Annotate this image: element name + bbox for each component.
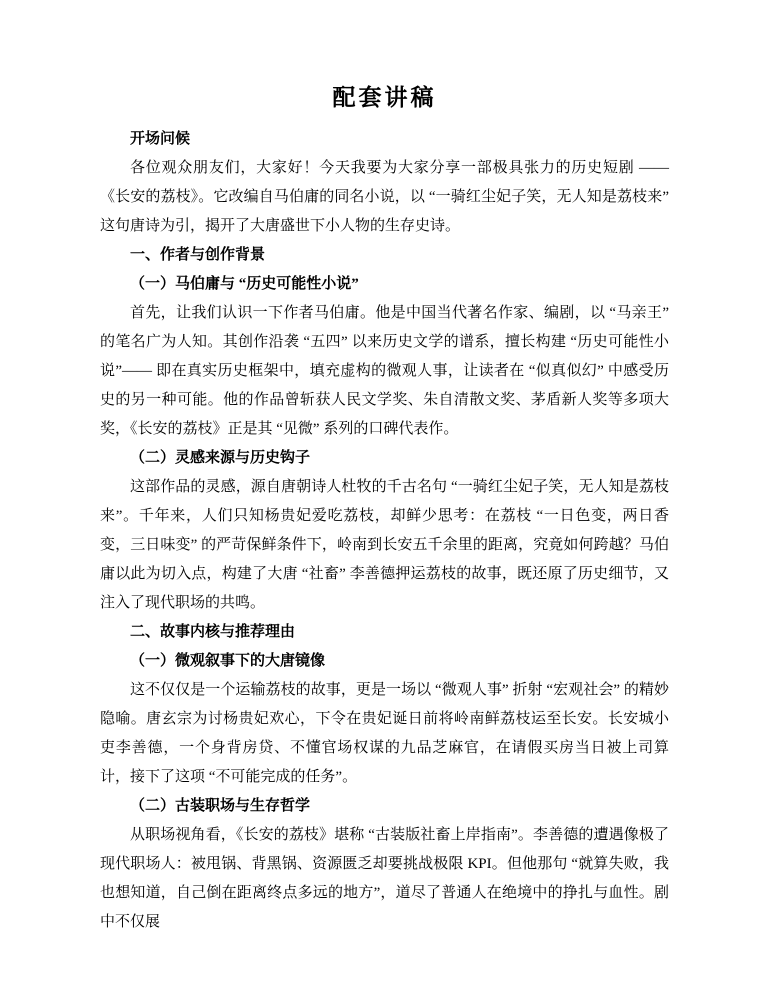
heading-section-2: 二、故事内核与推荐理由 <box>100 618 669 647</box>
paragraph-opening-greeting: 各位观众朋友们，大家好！今天我要为大家分享一部极具张力的历史短剧 ——《长安的荔… <box>100 154 669 241</box>
heading-section-1-2: （二）灵感来源与历史钩子 <box>100 444 669 473</box>
paragraph-inspiration-source: 这部作品的灵感，源自唐朝诗人杜牧的千古名句 “一骑红尘妃子笑，无人知是荔枝来”。… <box>100 473 669 618</box>
heading-section-1-1: （一）马伯庸与 “历史可能性小说” <box>100 270 669 299</box>
paragraph-workplace-philosophy: 从职场视角看，《长安的荔枝》堪称 “古装版社畜上岸指南”。李善德的遭遇像极了现代… <box>100 821 669 937</box>
paragraph-author-background: 首先，让我们认识一下作者马伯庸。他是中国当代著名作家、编剧，以 “马亲王” 的笔… <box>100 299 669 444</box>
heading-section-2-2: （二）古装职场与生存哲学 <box>100 792 669 821</box>
heading-section-2-1: （一）微观叙事下的大唐镜像 <box>100 647 669 676</box>
heading-section-1: 一、作者与创作背景 <box>100 241 669 270</box>
document-title: 配套讲稿 <box>100 82 669 114</box>
paragraph-story-mirror: 这不仅仅是一个运输荔枝的故事，更是一场以 “微观人事” 折射 “宏观社会” 的精… <box>100 676 669 792</box>
document-page: 配套讲稿 开场问候 各位观众朋友们，大家好！今天我要为大家分享一部极具张力的历史… <box>0 0 770 1000</box>
heading-opening-greeting: 开场问候 <box>100 125 669 154</box>
